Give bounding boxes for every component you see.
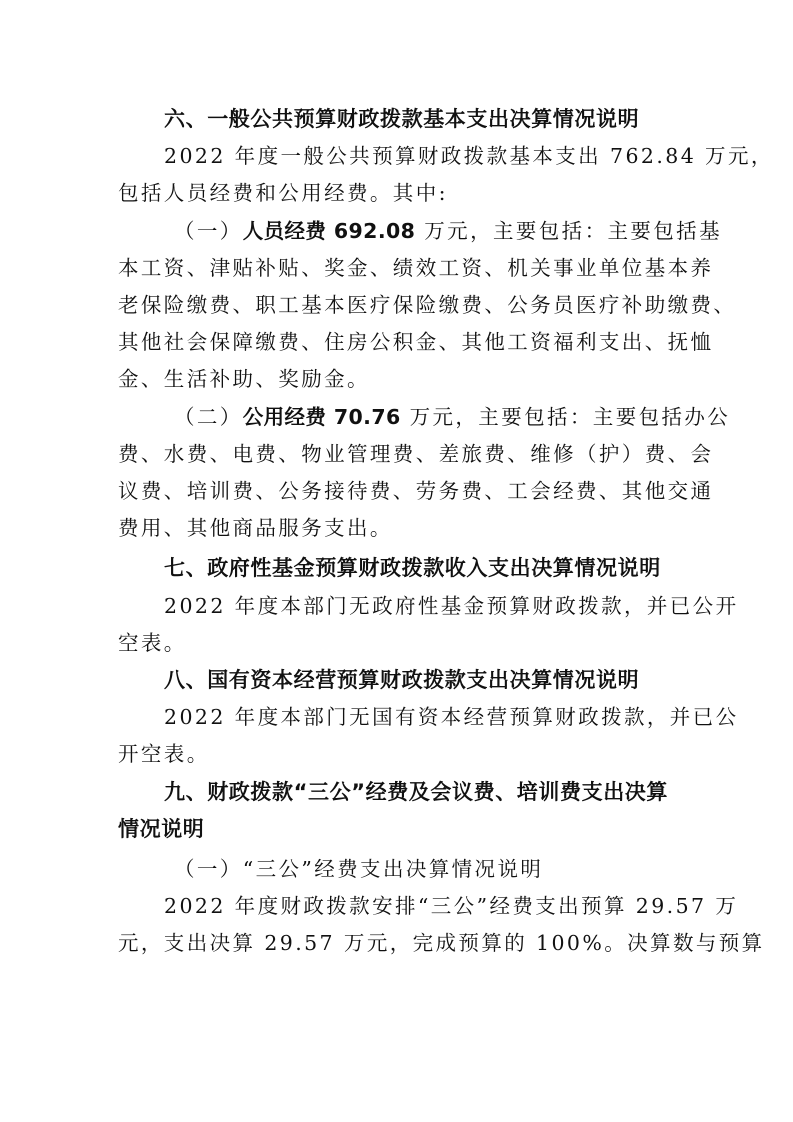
- section-eight-line: 开空表。: [118, 739, 210, 769]
- personnel-detail-line: 其他社会保障缴费、住房公积金、其他工资福利支出、抚恤: [118, 327, 713, 357]
- section-eight-line: 2022 年度本部门无国有资本经营预算财政拨款，并已公: [164, 702, 739, 732]
- personnel-detail-line: 老保险缴费、职工基本医疗保险缴费、公务员医疗补助缴费、: [118, 290, 736, 320]
- section-nine-subheading: （一）“三公”经费支出决算情况说明: [174, 854, 543, 884]
- personnel-expense-line: （一）人员经费 692.08 万元，主要包括：主要包括基: [174, 216, 722, 246]
- section-six-heading: 六、一般公共预算财政拨款基本支出决算情况说明: [164, 104, 639, 134]
- section-six-intro-line-2: 包括人员经费和公用经费。其中:: [118, 178, 448, 208]
- personnel-detail-line: 本工资、津贴补贴、奖金、绩效工资、机关事业单位基本养: [118, 253, 713, 283]
- section-nine-line: 元，支出决算 29.57 万元，完成预算的 100%。决算数与预算: [118, 928, 765, 958]
- section-seven-line: 2022 年度本部门无政府性基金预算财政拨款，并已公开: [164, 591, 739, 621]
- personnel-label: 人员经费 692.08: [243, 219, 416, 243]
- section-seven-heading: 七、政府性基金预算财政拨款收入支出决算情况说明: [164, 553, 661, 583]
- section-nine-heading-line-2: 情况说明: [118, 814, 204, 844]
- public-expense-line: （二）公用经费 70.76 万元，主要包括：主要包括办公: [174, 402, 730, 432]
- section-nine-heading-line-1: 九、财政拨款“三公”经费及会议费、培训费支出决算: [164, 777, 668, 807]
- public-suffix: 万元，主要包括：主要包括办公: [401, 405, 731, 429]
- section-seven-line: 空表。: [118, 628, 187, 658]
- section-eight-heading: 八、国有资本经营预算财政拨款支出决算情况说明: [164, 665, 639, 695]
- public-detail-line: 议费、培训费、公务接待费、劳务费、工会经费、其他交通: [118, 476, 713, 506]
- public-detail-line: 费用、其他商品服务支出。: [118, 513, 393, 543]
- public-detail-line: 费、水费、电费、物业管理费、差旅费、维修（护）费、会: [118, 439, 713, 469]
- personnel-suffix: 万元，主要包括：主要包括基: [415, 219, 722, 243]
- personnel-prefix: （一）: [174, 219, 243, 243]
- public-label: 公用经费 70.76: [243, 405, 401, 429]
- section-nine-line: 2022 年度财政拨款安排“三公”经费支出预算 29.57 万: [164, 891, 738, 921]
- personnel-detail-line: 金、生活补助、奖励金。: [118, 364, 370, 394]
- public-prefix: （二）: [174, 405, 243, 429]
- section-six-intro-line-1: 2022 年度一般公共预算财政拨款基本支出 762.84 万元，: [164, 141, 774, 171]
